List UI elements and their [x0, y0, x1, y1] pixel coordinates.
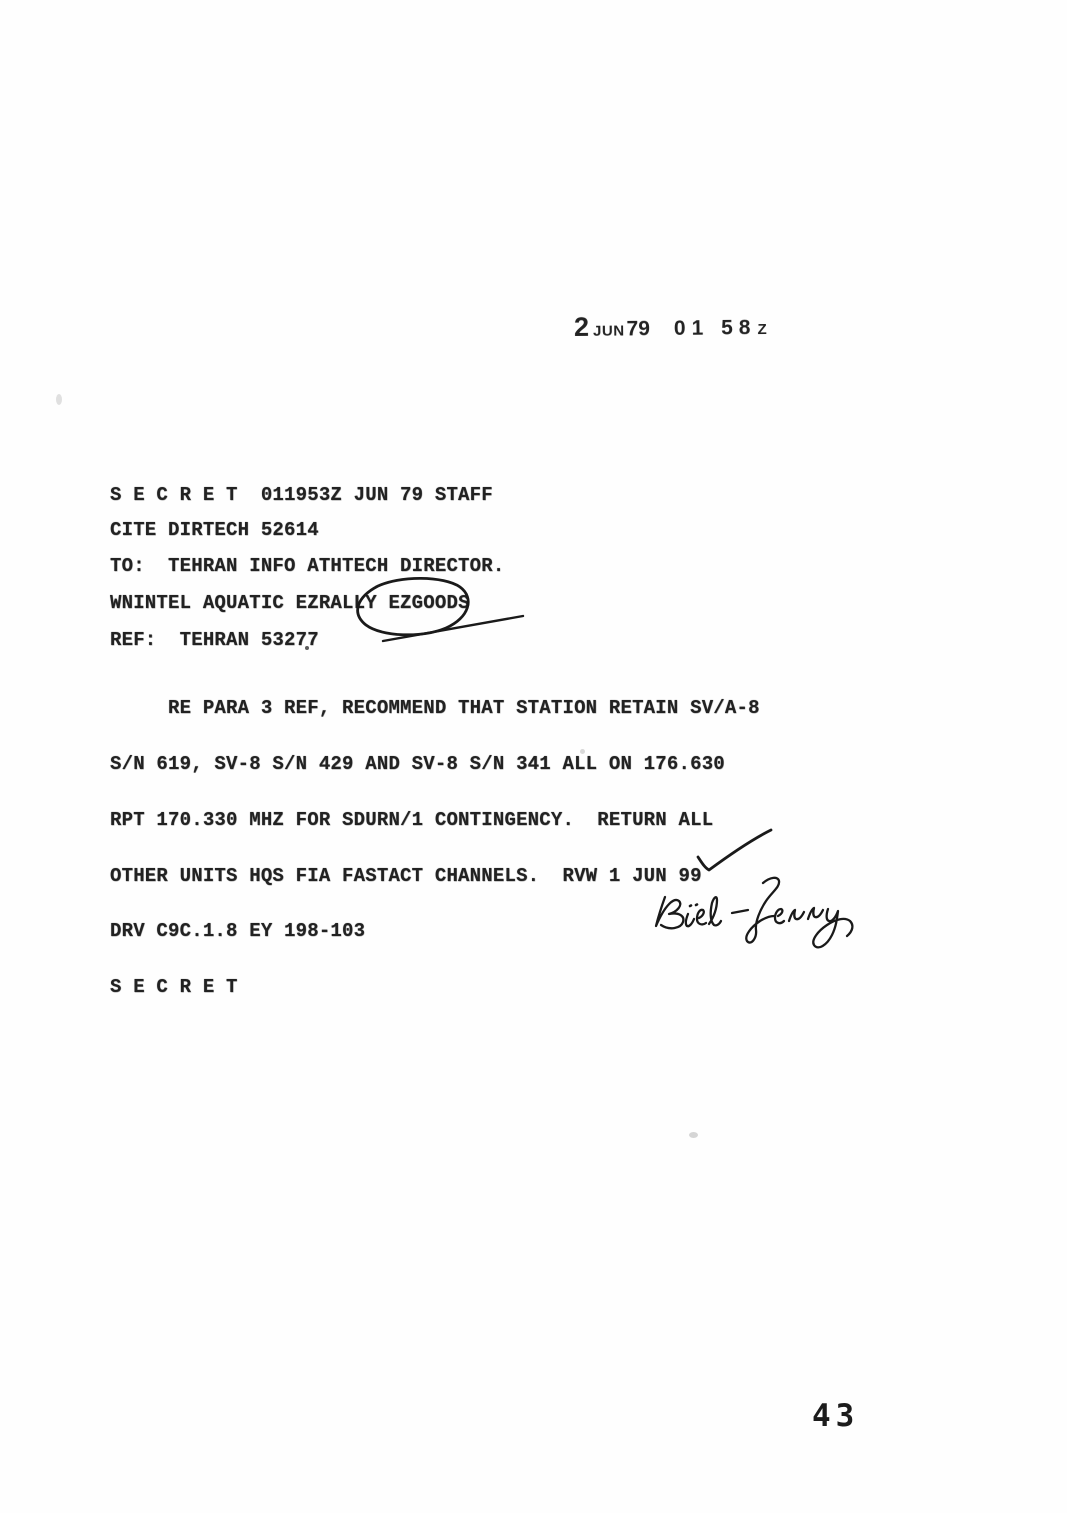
body-line: S/N 619, SV-8 S/N 429 AND SV-8 S/N 341 A…	[110, 755, 760, 774]
scan-speck	[56, 394, 62, 405]
classification-line: S E C R E T 011953Z JUN 79 STAFF	[110, 486, 493, 505]
received-date-stamp: 2JUN7901 58Z	[574, 310, 767, 343]
scanned-cable-page: 2JUN7901 58Z S E C R E T 011953Z JUN 79 …	[0, 0, 1067, 1513]
handwritten-note	[648, 813, 873, 963]
body-line: RE PARA 3 REF, RECOMMEND THAT STATION RE…	[110, 699, 760, 718]
scan-speck	[689, 1132, 698, 1138]
scan-speck	[580, 749, 585, 754]
stamp-month: JUN	[593, 322, 625, 339]
cite-line: CITE DIRTECH 52614	[110, 521, 319, 540]
ref-line: REF: TEHRAN 53277	[110, 631, 319, 650]
stamp-day: 2	[574, 312, 590, 342]
page-number: 43	[812, 1398, 859, 1434]
stray-period-mark	[305, 646, 309, 650]
stamp-timezone: Z	[757, 321, 766, 338]
checkmark-icon	[698, 830, 771, 870]
body-line: S E C R E T	[110, 978, 760, 997]
pen-circle-annotation	[338, 571, 538, 661]
stamp-time: 01 58	[674, 316, 757, 340]
stamp-year: 79	[626, 317, 650, 340]
